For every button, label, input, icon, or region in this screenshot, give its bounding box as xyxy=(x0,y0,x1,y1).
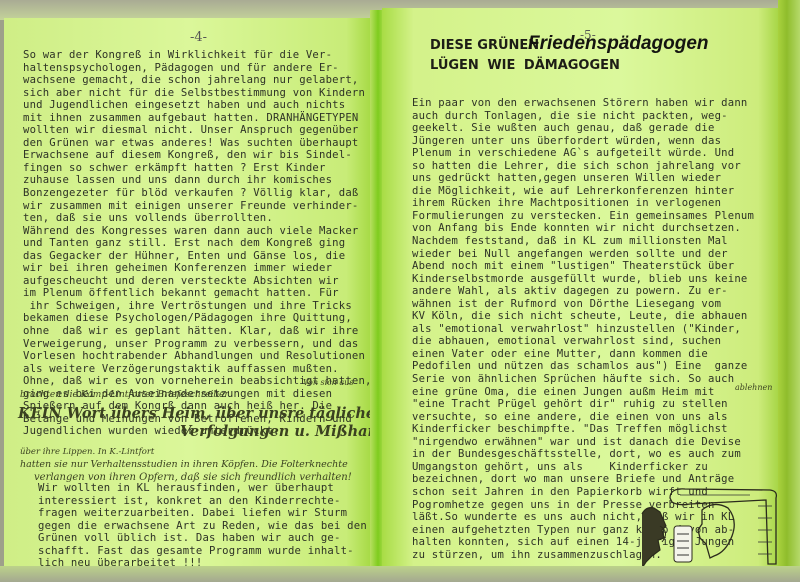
text-line: die Möglichkeit, wie auf Lehrerkonferenz… xyxy=(412,185,754,198)
text-line: Formulierungen zu verstecken. Ein gemein… xyxy=(412,210,754,223)
text-line: So war der Kongreß in Wirklichkeit für d… xyxy=(23,49,372,62)
left-page-closing: Wir wollten in KL herausfinden, wer über… xyxy=(38,482,367,570)
text-line: ihr Schweigen, ihre Vertröstungen und ih… xyxy=(23,300,372,313)
text-line: im Plenum öffentlich bekannt gemacht hat… xyxy=(23,287,372,300)
text-line: Wir wollten in KL herausfinden, wer über… xyxy=(38,482,367,495)
text-line: Kinderficker beschimpfte. "Das Treffen m… xyxy=(412,423,754,436)
text-line: als "emotional verwahrlost" hinzustellen… xyxy=(412,323,754,336)
text-line: "eine Tracht Prügel gehört dir" ruhig zu… xyxy=(412,398,754,411)
text-line: in der Bundesgeschäftsstelle, dort, wo e… xyxy=(412,448,754,461)
text-line: Vorlesen hochtrabender Abhandlungen und … xyxy=(23,350,372,363)
text-line: haltenspsychologen, Pädagogen und für an… xyxy=(23,62,372,75)
text-line: von Anfang bis Ende konnten wir nicht du… xyxy=(412,222,754,235)
text-line: einen Vater oder eine Mutter, dann komme… xyxy=(412,348,754,361)
text-line: Bonzengezeter für blöd verkaufen ? Völli… xyxy=(23,187,372,200)
headline-prefix: DIESE GRÜNEN xyxy=(430,38,539,53)
text-line: die abhauen, emotional verwahrlost sind,… xyxy=(412,335,754,348)
handnote-5: über ihre Lippen. In K.-Lintfort xyxy=(20,447,154,457)
headline-line2: LÜGEN WIE DÄMAGOGEN xyxy=(430,58,620,73)
text-line: fragen weiterzuarbeiten. Dabei liefen wi… xyxy=(38,507,367,520)
text-line: wähnen ist der Rufmord von Dörthe Lieseg… xyxy=(412,298,754,311)
text-line: Grünen voll üblich ist. Das haben wir au… xyxy=(38,532,367,545)
left-page-number: -4- xyxy=(190,30,207,45)
text-line: bezeichnen, dort wo man unsere Briefe un… xyxy=(412,473,754,486)
text-line: Erwachsene auf diesem Kongreß, den wir b… xyxy=(23,149,372,162)
text-line: eine grüne Oma, die einen Jungen außm He… xyxy=(412,386,754,399)
text-line: fingen so schwer erkämpft hatten ? Erst … xyxy=(23,162,372,175)
handwritten-insert: ablehnen xyxy=(735,383,772,392)
text-line: andere Wahl, als aktiv dagegen zu powern… xyxy=(412,285,754,298)
text-line: "nirgendwo erwähnen" war und ist danach … xyxy=(412,436,754,449)
text-line: das Gegacker der Hühner, Enten und Gänse… xyxy=(23,250,372,263)
text-line: uns gedrückt hatten,gegen unseren Willen… xyxy=(412,172,754,185)
text-line: Pedofilen und nützen das schamlos aus") … xyxy=(412,360,754,373)
text-line: Ein paar von den erwachsenen Störern hab… xyxy=(412,97,754,110)
text-line: ten, daß sie uns vollends überrollten. xyxy=(23,212,372,225)
text-line: geekelt. Sie wußten auch genau, daß gera… xyxy=(412,122,754,135)
book-right-edge xyxy=(778,0,800,582)
text-line: gegen die erwachsene Art zu Reden, wie d… xyxy=(38,520,367,533)
text-line: sich aber nicht für die Selbstbestimmung… xyxy=(23,87,372,100)
cartoon-illustration xyxy=(640,486,780,576)
text-line: auch durch Tonlagen, die sie nicht packt… xyxy=(412,110,754,123)
text-line: interessiert ist, konkret an den Kinderr… xyxy=(38,495,367,508)
text-line: bekamen diese Psychologen/Pädagogen ihre… xyxy=(23,312,372,325)
text-line: Umgangston gehört, uns als Kinderficker … xyxy=(412,461,754,474)
text-line: Kinderselbstmorde ausgefüllt wurde, blie… xyxy=(412,273,754,286)
text-line: versuchte, so eine andere, die einen von… xyxy=(412,411,754,424)
text-line: als weitere Verzögerungstaktik auffassen… xyxy=(23,363,372,376)
text-line: Nachdem feststand, daß in KL zum million… xyxy=(412,235,754,248)
text-line: wieder bei Null angefangen werden sollte… xyxy=(412,248,754,261)
text-line: ohne daß wir es geplant hätten. Klar, da… xyxy=(23,325,372,338)
text-line: Während des Kongresses waren dann auch v… xyxy=(23,225,372,238)
text-line: wollten wir diesmal nicht. Unser Anspruc… xyxy=(23,124,372,137)
text-line: Serie von ähnlichen Sprüchen häufte sich… xyxy=(412,373,754,386)
text-line: so hatten die Lehrer, die sich schon jah… xyxy=(412,160,754,173)
handnote-3: KEIN Wort übers Heim, über unsre täglich… xyxy=(18,405,386,422)
headline-script: Friedenspädagogen xyxy=(528,33,709,55)
text-line: und Jugendlichen eingesetzt haben und au… xyxy=(23,99,372,112)
text-line: aufgescheucht und deren versteckte Absic… xyxy=(23,275,372,288)
text-line: Jüngeren unter uns überfordert würden, w… xyxy=(412,135,754,148)
text-line: Plenum in verschiedene AG`s aufgeteilt w… xyxy=(412,147,754,160)
text-line: wir zusammen mit einigen unserer Freunde… xyxy=(23,200,372,213)
text-line: wir bei ihren geheimen Konferenzen immer… xyxy=(23,262,372,275)
text-line: mit ihnen zusammen aufgebaut hatten. DRA… xyxy=(23,112,372,125)
text-line: ihrem Rücken ihre Machtpositionen in ver… xyxy=(412,197,754,210)
scan-bottom-edge xyxy=(0,566,800,582)
text-line: den Grünen war etwas anderes! Was suchte… xyxy=(23,137,372,150)
text-line: zuhause lassen und uns dann durch ihr ko… xyxy=(23,174,372,187)
text-line: Verweigerung, unser Programm zu verbesse… xyxy=(23,338,372,351)
handnote-1: Von sich aus xyxy=(303,378,353,387)
text-line: und Tanten ganz still. Erst nach dem Kon… xyxy=(23,237,372,250)
text-line: schafft. Fast das gesamte Programm wurde… xyxy=(38,545,367,558)
handnote-6: hatten sie nur Verhaltensstudien in ihre… xyxy=(20,459,348,470)
text-line: KV Köln, die sich nicht scheute, Leute, … xyxy=(412,310,754,323)
text-line: wachsene gemacht, die schon jahrelang nu… xyxy=(23,74,372,87)
handnote-2: brachten die Kamp-Lintforter Briefeschre… xyxy=(20,390,229,400)
text-line: Abend noch mit einem "lustigen" Theaters… xyxy=(412,260,754,273)
